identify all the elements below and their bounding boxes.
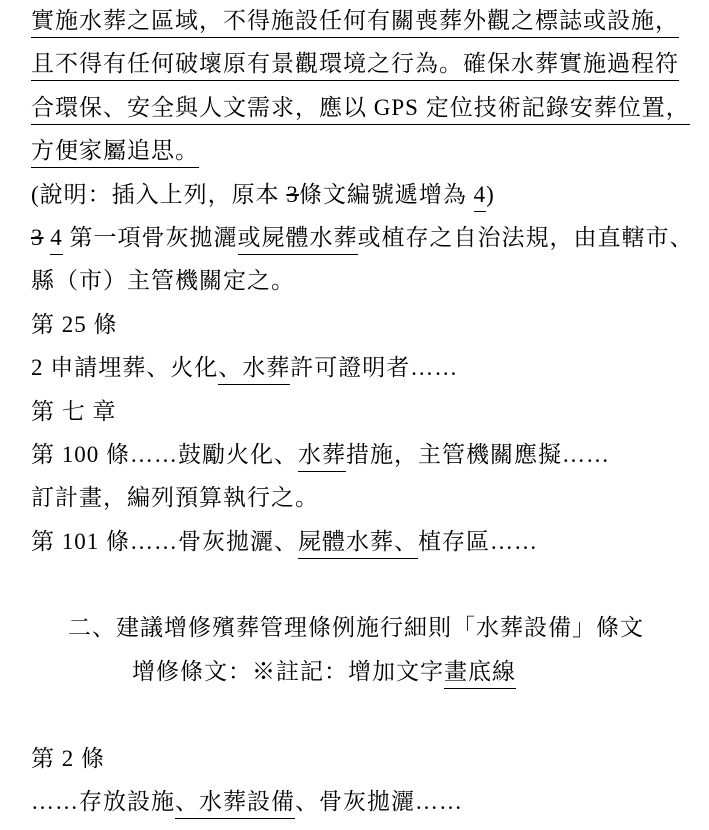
text-segment: 條文編號遞增為 xyxy=(299,182,474,207)
text-segment: 第 2 條 xyxy=(31,746,105,771)
text-line: 2 申請埋葬、火化、水葬許可證明者…… xyxy=(31,352,709,395)
text-line: 實施水葬之區域，不得施設任何有關喪葬外觀之標誌或設施， xyxy=(31,5,709,48)
underlined-text: 屍體水葬、 xyxy=(298,529,418,559)
underlined-text: 畫底線 xyxy=(444,659,516,689)
text-segment: 第 七 章 xyxy=(31,399,117,424)
text-line: 第 25 條 xyxy=(31,309,709,352)
document-page: 實施水葬之區域，不得施設任何有關喪葬外觀之標誌或設施，且不得有任何破壞原有景觀環… xyxy=(0,0,709,830)
text-line: (說明：插入上列，原本 3條文編號遞增為 4) xyxy=(31,179,709,222)
blank-line xyxy=(31,699,709,742)
text-segment: 第一項骨灰拋灑 xyxy=(63,225,238,250)
underlined-text: 且不得有任何破壞原有景觀環境之行為。確保水葬實施過程符 xyxy=(31,51,679,81)
underlined-text: 4 xyxy=(50,225,63,255)
underlined-text: 或屍體水葬 xyxy=(238,225,358,255)
underlined-text: 4 xyxy=(474,182,487,212)
text-line: 第 七 章 xyxy=(31,396,709,439)
text-segment: 第 25 條 xyxy=(31,312,118,337)
text-segment: 第 101 條……骨灰拋灑、 xyxy=(31,529,298,554)
strikethrough-text: 3 xyxy=(31,225,44,250)
text-segment: 第 100 條……鼓勵火化、 xyxy=(31,442,298,467)
blank-line xyxy=(31,569,709,612)
text-segment: 措施，主管機關應擬…… xyxy=(346,442,610,467)
text-segment: 、骨灰拋灑…… xyxy=(295,789,463,814)
underlined-text: 合環保、安全與人文需求，應以 GPS 定位技術記錄安葬位置， xyxy=(31,95,690,125)
text-segment: ……存放設施 xyxy=(31,789,175,814)
text-line: 增修條文：※註記：增加文字畫底線 xyxy=(31,656,709,699)
text-line: 第 100 條……鼓勵火化、水葬措施，主管機關應擬…… xyxy=(31,439,709,482)
text-segment: 植存區…… xyxy=(418,529,538,554)
text-line: ……存放設施、水葬設備、骨灰拋灑…… xyxy=(31,786,709,829)
text-line: 縣（市）主管機關定之。 xyxy=(31,265,709,308)
text-line: 第 2 條 xyxy=(31,743,709,786)
text-segment: 訂計畫，編列預算執行之。 xyxy=(31,485,319,510)
strikethrough-text: 3 xyxy=(286,182,299,207)
document-body: 實施水葬之區域，不得施設任何有關喪葬外觀之標誌或設施，且不得有任何破壞原有景觀環… xyxy=(31,5,709,829)
text-segment: 二、建議增修殯葬管理條例施行細則「水葬設備」條文 xyxy=(68,615,644,640)
underlined-text: 實施水葬之區域，不得施設任何有關喪葬外觀之標誌或設施， xyxy=(31,8,679,38)
underlined-text: 、水葬 xyxy=(218,355,290,385)
underlined-text: 方便家屬追思。 xyxy=(31,138,199,168)
text-line: 第 101 條……骨灰拋灑、屍體水葬、植存區…… xyxy=(31,526,709,569)
text-segment: (說明：插入上列，原本 xyxy=(31,182,286,207)
text-segment: 或植存之自治法規，由直轄市、 xyxy=(358,225,694,250)
underlined-text: 、水葬設備 xyxy=(175,789,295,819)
text-segment: 許可證明者…… xyxy=(290,355,458,380)
text-segment: 縣（市）主管機關定之。 xyxy=(31,268,295,293)
text-line: 訂計畫，編列預算執行之。 xyxy=(31,482,709,525)
text-line: 且不得有任何破壞原有景觀環境之行為。確保水葬實施過程符 xyxy=(31,48,709,91)
text-segment: 2 申請埋葬、火化 xyxy=(31,355,218,380)
underlined-text: 水葬 xyxy=(298,442,346,472)
text-segment: 增修條文：※註記：增加文字 xyxy=(132,659,444,684)
text-line: 方便家屬追思。 xyxy=(31,135,709,178)
text-segment: ) xyxy=(486,182,495,207)
text-line: 二、建議增修殯葬管理條例施行細則「水葬設備」條文 xyxy=(31,612,709,655)
text-line: 3 4 第一項骨灰拋灑或屍體水葬或植存之自治法規，由直轄市、 xyxy=(31,222,709,265)
text-line: 合環保、安全與人文需求，應以 GPS 定位技術記錄安葬位置， xyxy=(31,92,709,135)
